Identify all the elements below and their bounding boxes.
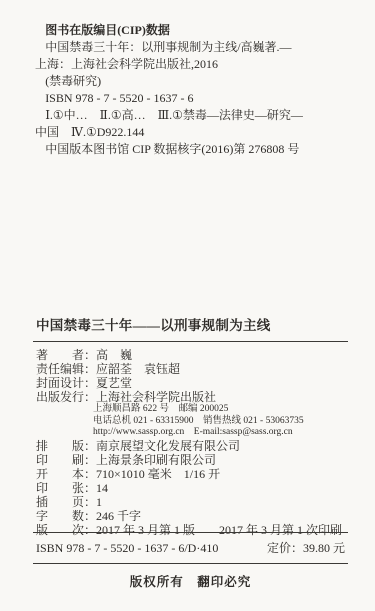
row-value: 应韶荃 袁钰超 — [96, 362, 180, 376]
cip-block: 图书在版编目(CIP)数据 中国禁毒三十年：以刑事规制为主线/高巍著.— 上海：… — [35, 22, 349, 158]
colophon-row-editor: 责任编辑：应韶荃 袁钰超 — [36, 362, 351, 376]
cip-isbn: ISBN 978 - 7 - 5520 - 1637 - 6 — [35, 90, 349, 107]
row-value: 14 — [96, 481, 108, 495]
row-label: 出版发行： — [36, 390, 96, 404]
row-value: 南京展望文化发展有限公司 — [96, 439, 240, 453]
publisher-web-line: http://www.sassp.org.cn E-mail:sassp@sas… — [36, 427, 351, 439]
colophon-row-author: 著 者：高 巍 — [36, 348, 351, 362]
publisher-address-line: 上海顺昌路 622 号 邮编 200025 — [36, 404, 351, 416]
isbn-price-row: ISBN 978 - 7 - 5520 - 1637 - 6/D·410 定价：… — [33, 533, 348, 563]
row-value: 710×1010 毫米 1/16 开 — [96, 467, 220, 481]
colophon-row-cover-design: 封面设计：夏艺堂 — [36, 376, 351, 390]
colophon-row-word-count: 字 数：246 千字 — [36, 509, 351, 523]
row-label: 封面设计： — [36, 376, 96, 390]
row-label: 印 刷： — [36, 453, 96, 467]
footer-isbn: ISBN 978 - 7 - 5520 - 1637 - 6/D·410 — [36, 541, 218, 556]
cip-classification: Ⅰ.①中… Ⅱ.①高… Ⅲ.①禁毒—法律史—研究— 中国 Ⅳ.①D922.144 — [35, 107, 349, 141]
row-label: 插 页： — [36, 495, 96, 509]
row-value: 高 巍 — [96, 348, 132, 362]
footer-price: 定价：39.80 元 — [267, 539, 345, 556]
row-value: 上海社会科学院出版社 — [96, 390, 216, 404]
book-title: 中国禁毒三十年——以刑事规制为主线 — [33, 314, 348, 334]
row-label: 开 本： — [36, 467, 96, 481]
footer-rule-bottom — [33, 563, 348, 564]
row-value: 夏艺堂 — [96, 376, 132, 390]
colophon-row-typesetting: 排 版：南京展望文化发展有限公司 — [36, 439, 351, 453]
colophon-row-publisher: 出版发行：上海社会科学院出版社 — [36, 390, 351, 404]
row-label: 著 者： — [36, 348, 96, 362]
cip-header: 图书在版编目(CIP)数据 — [35, 22, 349, 39]
row-label: 印 张： — [36, 481, 96, 495]
book-copyright-page: 图书在版编目(CIP)数据 中国禁毒三十年：以刑事规制为主线/高巍著.— 上海：… — [0, 0, 375, 611]
publisher-phone-line: 电话总机 021 - 63315900 销售热线 021 - 53063735 — [36, 416, 351, 428]
colophon-row-format: 开 本：710×1010 毫米 1/16 开 — [36, 467, 351, 481]
row-label: 责任编辑： — [36, 362, 96, 376]
cip-series-note: (禁毒研究) — [35, 73, 349, 90]
row-value: 上海景条印刷有限公司 — [96, 453, 216, 467]
title-section: 中国禁毒三十年——以刑事规制为主线 — [33, 314, 348, 342]
row-label: 排 版： — [36, 439, 96, 453]
copyright-notice: 版权所有 翻印必究 — [33, 572, 348, 590]
cip-record-number: 中国版本图书馆 CIP 数据核字(2016)第 276808 号 — [35, 141, 349, 158]
row-value: 1 — [96, 495, 102, 509]
footer-section: ISBN 978 - 7 - 5520 - 1637 - 6/D·410 定价：… — [33, 532, 348, 590]
cip-entry: 中国禁毒三十年：以刑事规制为主线/高巍著.— 上海：上海社会科学院出版社,201… — [35, 39, 349, 73]
colophon-row-printing: 印 刷：上海景条印刷有限公司 — [36, 453, 351, 467]
row-value: 246 千字 — [96, 509, 141, 523]
colophon-row-inserts: 插 页：1 — [36, 495, 351, 509]
colophon-row-sheets: 印 张：14 — [36, 481, 351, 495]
colophon: 著 者：高 巍 责任编辑：应韶荃 袁钰超 封面设计：夏艺堂 出版发行：上海社会科… — [36, 348, 351, 537]
title-rule — [33, 341, 348, 342]
row-label: 字 数： — [36, 509, 96, 523]
